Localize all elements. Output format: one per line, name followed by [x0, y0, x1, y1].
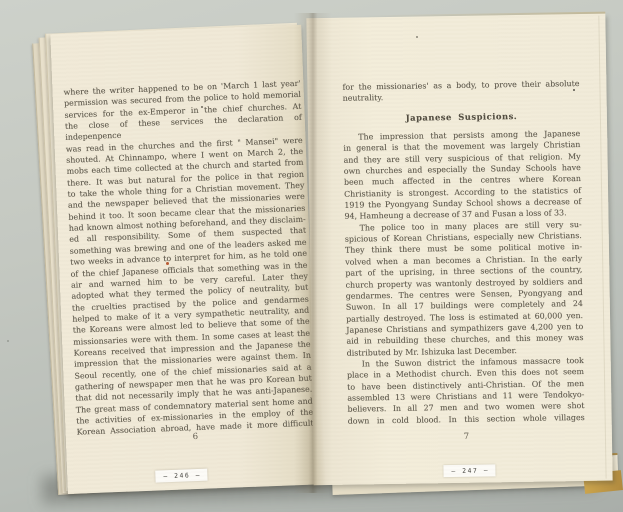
scan-speck — [416, 36, 418, 38]
text-line: neutrality. — [343, 89, 580, 104]
scan-speck — [7, 340, 9, 342]
scan-speck — [201, 106, 203, 108]
right-page-text: for the missionaries' as a body, to prov… — [342, 78, 584, 427]
left-page-text: where the writer happened to be on 'Marc… — [63, 78, 313, 438]
catalog-label-right: — 247 — — [443, 464, 495, 477]
page-number-right: 7 — [348, 430, 585, 444]
scan-speck — [573, 89, 575, 91]
page-edge-line — [598, 16, 606, 479]
book-photo-scene: where the writer happened to be on 'Marc… — [0, 0, 623, 512]
section-heading: Japanese Suspicions. — [343, 110, 580, 125]
scan-speck — [166, 262, 169, 265]
catalog-label-left: — 246 — — [155, 469, 207, 483]
right-page: for the missionaries' as a body, to prov… — [306, 14, 612, 486]
left-page: where the writer happened to be on 'Marc… — [50, 25, 318, 494]
